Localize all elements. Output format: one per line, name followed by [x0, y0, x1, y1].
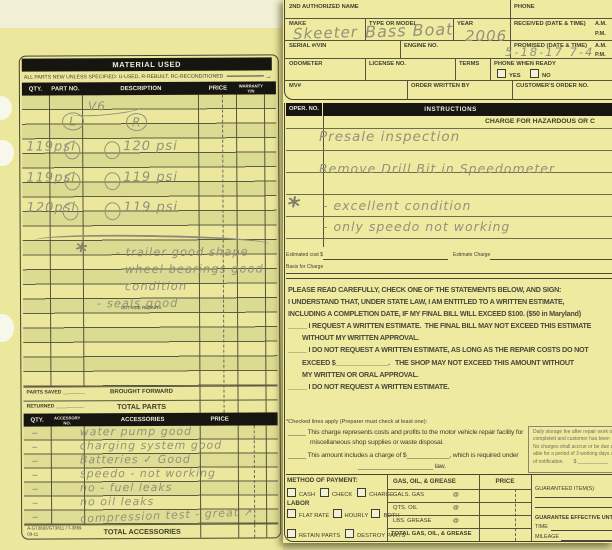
hw-acc-note: no oil leaks [80, 495, 154, 508]
section-divider [286, 278, 612, 279]
hw-instruction: Remove Drill Bit in Speedometer [319, 161, 555, 176]
both-checkbox [371, 509, 380, 518]
retain-parts-label: RETAIN PARTS [299, 533, 340, 539]
right-sheet: 2ND AUTHORIZED NAME PHONE MAKE TYPE OR M… [283, 0, 612, 543]
col-warranty-yn: Y/N [236, 88, 266, 93]
time-label: TIME [535, 524, 548, 530]
material-used-title: MATERIAL USED [112, 60, 181, 69]
hw-promised-value: 5-18-17 7-4 [505, 45, 594, 59]
received-label: RECEIVED (DATE & TIME) [514, 21, 586, 27]
blank-line [490, 259, 612, 260]
gals-gas-label: GALS. GAS [393, 492, 424, 498]
mileage-label: MILEAGE [535, 534, 559, 540]
mv-label: MV# [289, 83, 301, 89]
blank-line [535, 507, 612, 508]
pencil-circle [104, 172, 120, 190]
ruled-line [286, 194, 612, 195]
hw-note: condition [125, 279, 187, 293]
grid-line [387, 502, 531, 503]
hw-acc-note: water pump good [80, 425, 192, 439]
phone-ready-yes: YES [497, 69, 521, 79]
pencil-circle [64, 141, 80, 159]
hw-dash: – [32, 482, 39, 496]
col-acc-qty: QTY. [24, 417, 51, 423]
cash-label: CASH [299, 492, 315, 498]
check-checkbox [320, 488, 329, 497]
lbs-grease-label: LBS. GREASE [393, 518, 431, 524]
grid-line [455, 58, 456, 80]
hw-make-value: Skeeter [293, 23, 359, 43]
statement-line: _____ I DO NOT REQUEST A WRITTEN ESTIMAT… [288, 344, 591, 356]
hw-acc-note: speedo - not working [80, 467, 216, 481]
hw-dash: – [32, 468, 39, 482]
statement-line: _____ I DO NOT REQUEST A WRITTEN ESTIMAT… [288, 381, 591, 393]
parts-saved-label: PARTS SAVED ________ [26, 389, 84, 395]
form-revision: 09-11 [27, 531, 38, 536]
grid-line [387, 489, 531, 490]
total-accessories-label: TOTAL ACCESSORIES [84, 526, 200, 536]
serial-vin-label: SERIAL #/VIN [289, 43, 326, 49]
no-checkbox [530, 69, 539, 78]
statement-line: I UNDERSTAND THAT, UNDER STATE LAW, I AM… [288, 296, 591, 308]
hw-year-value: 2006 [465, 27, 507, 45]
at-symbol: @ [453, 518, 459, 524]
oper-no-label: OPER. NO. [286, 106, 323, 112]
total-gas-label: TOTAL GAS, OIL, & GREASE [391, 531, 472, 537]
grid-line [490, 58, 491, 80]
charge-checkbox [357, 488, 366, 497]
received-am: A.M. [595, 21, 607, 27]
col-accessories: ACCESSORIES [84, 416, 202, 423]
grid-line [284, 80, 612, 81]
hw-acc-note: charging system good [80, 439, 223, 453]
parts-disposition-checkboxes: RETAIN PARTS DESTROY PARTS [287, 529, 405, 539]
phone-label: PHONE [514, 4, 535, 10]
note-arrow-icon: → [265, 73, 272, 80]
ruled-line [286, 216, 612, 217]
storage-line: completed and customer has been [533, 436, 612, 443]
material-used-form: MATERIAL USED ALL PARTS NEW UNLESS SPECI… [19, 54, 282, 539]
hw-instruction: - only speedo not working [323, 219, 510, 234]
destroy-parts-checkbox [345, 529, 354, 538]
grid-line [400, 40, 401, 58]
hw-dash: – [32, 510, 39, 524]
storage-fee-text: Daily storage fee after repair work is c… [533, 429, 612, 466]
amount-includes-line2: _____________________ law. [358, 463, 446, 470]
col-price: PRICE [198, 85, 238, 91]
note-rule [226, 75, 263, 76]
checked-lines-note: *Checked lines apply (Preparer must chec… [286, 419, 427, 425]
parts-header-bar: QTY. PART NO. DESCRIPTION PRICE WARRANTY… [22, 81, 276, 95]
charge-represents-line2: miscellaneous shop supplies or waste dis… [310, 439, 444, 446]
returned-label: RETURNED __________ [27, 403, 84, 409]
guaranteed-items-label: GUARANTEED ITEM(S) [535, 486, 594, 492]
grid-line [387, 528, 531, 529]
bar-gap [322, 103, 324, 116]
blank-line [323, 259, 448, 260]
estimate-charge-label: Estimate Charge [453, 252, 490, 258]
received-pm: P.M. [595, 31, 606, 37]
col-accessory-no2: NO. [51, 420, 84, 425]
blank-line [561, 540, 612, 541]
hazardous-charge-label: CHARGE FOR HAZARDOUS OR C [485, 118, 595, 125]
col-description: DESCRIPTION [82, 85, 200, 92]
ruled-line [286, 238, 612, 239]
odometer-label: ODOMETER [289, 61, 323, 67]
statement-line: INCLUDING A COMPLETION DATE, IF MY FINAL… [288, 308, 591, 320]
grid-line [512, 80, 513, 99]
amount-includes-line: _____ This amount includes a charge of $… [288, 452, 518, 459]
instructions-title: INSTRUCTIONS [326, 106, 576, 113]
storage-line: able for a period of 3 working days aft [533, 451, 612, 458]
engine-no-label: ENGINE NO. [404, 43, 438, 49]
grid-line [365, 58, 366, 80]
grid-line [510, 18, 511, 40]
cash-checkbox [287, 488, 296, 497]
statement-line: MY WRITTEN OR ORAL APPROVAL. [288, 369, 591, 381]
storage-line: of notification. $ ___________ [533, 459, 612, 466]
hw-psi: 119 psi [123, 200, 178, 215]
scanned-repair-order: MATERIAL USED ALL PARTS NEW UNLESS SPECI… [0, 0, 612, 550]
guarantee-effective-label: GUARANTEE EFFECTIVE UNTIL: [535, 515, 612, 521]
storage-fee-box: Daily storage fee after repair work is c… [528, 426, 612, 473]
hw-dash: – [32, 496, 39, 510]
grid-line [387, 515, 531, 516]
at-symbol: @ [453, 492, 459, 498]
col-acc-price: PRICE [200, 416, 240, 422]
basis-for-charge-label: Basis for Charge [286, 264, 323, 270]
license-no-label: LICENSE NO. [369, 61, 406, 67]
charge-represents-line: _____ This charge represents costs and p… [288, 429, 523, 436]
storage-line: Daily storage fee after repair work is [533, 429, 612, 436]
customers-order-no-label: CUSTOMER'S ORDER NO. [516, 83, 589, 89]
phone-when-ready-label: PHONE WHEN READY [494, 61, 556, 67]
hw-acc-note: no - fuel leaks [80, 481, 173, 494]
blank-line [535, 497, 612, 498]
grid-line [510, 0, 511, 18]
charge-label: CHARGE [369, 492, 394, 498]
hw-psi: 119 psi [123, 170, 178, 185]
gas-price-label: PRICE [479, 478, 531, 485]
statement-line: WITHOUT MY WRITTEN APPROVAL. [288, 332, 591, 344]
at-symbol: @ [453, 505, 459, 511]
hw-dash: – [32, 454, 39, 468]
grid-line [531, 474, 532, 541]
estimated-cost-label: Estimated cost $ [286, 252, 323, 258]
pencil-circle [64, 172, 80, 190]
yes-checkbox [497, 69, 506, 78]
bottom-divider [286, 474, 612, 475]
ruled-line [286, 150, 612, 151]
col-qty: QTY. [22, 86, 49, 92]
scanner-background [0, 0, 283, 28]
flat-rate-label: FLAT RATE [299, 513, 329, 519]
outside-repairs-label: OUTSIDE REPAIRS [83, 305, 199, 311]
order-written-by-label: ORDER WRITTEN BY [411, 83, 470, 89]
second-authorized-name-label: 2ND AUTHORIZED NAME [289, 4, 359, 10]
statement-line: _____ I REQUEST A WRITTEN ESTIMATE. THE … [288, 320, 591, 332]
total-parts-label: TOTAL PARTS [84, 401, 200, 411]
terms-label: TERMS [459, 61, 479, 67]
retain-parts-checkbox [287, 529, 296, 538]
col-part-no: PART NO. [49, 86, 82, 92]
hw-note: wheel bearings good [125, 261, 264, 276]
grid-line [407, 80, 408, 99]
payment-checkboxes: CASH CHECK CHARGE [287, 488, 394, 498]
check-label: CHECK [332, 492, 352, 498]
hw-model-value: Bass Boat [365, 19, 454, 41]
hw-acc-note: Batteries ✓ Good [80, 453, 191, 467]
statement-line: PLEASE READ CAREFULLY, CHECK ONE OF THE … [288, 284, 591, 296]
material-used-bar: MATERIAL USED [22, 57, 272, 71]
hw-left-circle: L [62, 112, 84, 130]
blank-line [286, 273, 612, 274]
hw-psi: 120 psi [123, 139, 178, 154]
hw-dash: – [32, 440, 39, 454]
hourly-label: HOURLY [345, 513, 369, 519]
grid-line [23, 385, 277, 387]
statement-line: EXCEED $______________. THE SHOP MAY NOT… [288, 357, 591, 369]
labor-checkboxes: FLAT RATE HOURLY BOTH [287, 509, 400, 519]
no-label: NO [542, 73, 551, 79]
yes-label: YES [509, 73, 521, 79]
promised-am: A.M. [595, 43, 607, 49]
labor-label: LABOR [287, 500, 309, 507]
parts-note: ALL PARTS NEW UNLESS SPECIFIED: U-USED, … [24, 74, 224, 81]
brought-forward-label: BROUGHT FORWARD [83, 389, 199, 396]
hw-note: - trailer good shape [116, 244, 249, 259]
flat-rate-checkbox [287, 509, 296, 518]
hw-dash: – [32, 426, 39, 440]
hw-instruction: Presale inspection [319, 129, 460, 145]
qts-oil-label: QTS. OIL [393, 505, 417, 511]
phone-ready-no: NO [530, 69, 551, 79]
method-of-payment-label: METHOD OF PAYMENT: [287, 477, 358, 484]
blank-line [551, 530, 612, 531]
promised-pm: P.M. [595, 52, 606, 58]
gas-oil-grease-title: GAS, OIL, & GREASE [393, 478, 456, 485]
storage-line: No charges shall accrue or be due and [533, 444, 612, 451]
pencil-circle [104, 141, 120, 159]
form-number: A-GT3893/GT3811 / T-3869 [27, 525, 81, 530]
hw-instruction: - excellent condition [323, 198, 471, 213]
hourly-checkbox [333, 509, 342, 518]
pencil-circle [63, 202, 79, 220]
instructions-bar: OPER. NO. INSTRUCTIONS [286, 103, 612, 116]
pencil-circle [105, 202, 121, 220]
statements-block: PLEASE READ CAREFULLY, CHECK ONE OF THE … [288, 284, 591, 393]
